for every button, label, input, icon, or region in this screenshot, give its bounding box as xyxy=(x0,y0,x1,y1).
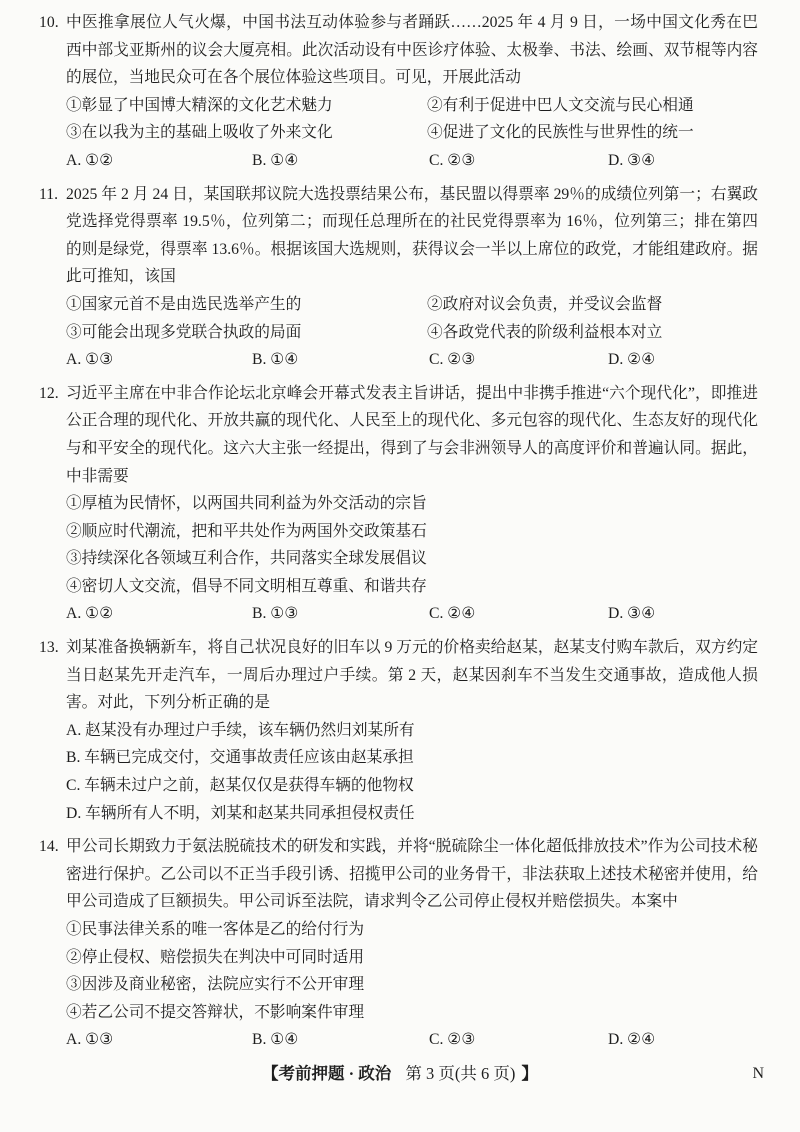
option-b: B. 车辆已完成交付，交通事故责任应该由赵某承担 xyxy=(66,744,758,772)
choice-a: A. ①③ xyxy=(66,346,252,374)
choice-a: A. ①③ xyxy=(66,1026,252,1054)
question-number: 11. xyxy=(39,181,58,209)
option-item-1: ①彰显了中国博大精深的文化艺术魅力 xyxy=(66,92,427,120)
option-item-1: ①厚植为民情怀，以两国共同利益为外交活动的宗旨 xyxy=(66,490,758,518)
corner-mark: N xyxy=(752,1063,764,1085)
option-item-2: ②停止侵权、赔偿损失在判决中可同时适用 xyxy=(66,944,758,972)
footer-page-number: 第 3 页(共 6 页) xyxy=(405,1064,515,1083)
choice-d: D. ③④ xyxy=(608,147,758,175)
choice-d: D. ②④ xyxy=(608,1026,758,1054)
option-item-3: ③持续深化各领域互利合作，共同落实全球发展倡议 xyxy=(66,545,758,573)
option-item-3: ③因涉及商业秘密，法院应实行不公开审理 xyxy=(66,971,758,999)
answer-choices: A. ①② B. ①③ C. ②④ D. ③④ xyxy=(66,600,758,628)
choice-a: A. ①② xyxy=(66,600,252,628)
question-13: 13. 刘某准备换辆新车，将自己状况良好的旧车以 9 万元的价格卖给赵某，赵某支… xyxy=(0,634,758,827)
option-items: ①彰显了中国博大精深的文化艺术魅力 ②有利于促进中巴人文交流与民心相通 ③在以我… xyxy=(66,92,758,147)
choice-c: C. ②③ xyxy=(429,346,608,374)
question-number: 12. xyxy=(39,380,59,408)
option-d: D. 车辆所有人不明，刘某和赵某共同承担侵权责任 xyxy=(66,800,758,828)
answer-choices: A. ①③ B. ①④ C. ②③ D. ②④ xyxy=(66,1026,758,1054)
choice-c: C. ②④ xyxy=(429,600,608,628)
footer-title: 【考前押题 · 政治 xyxy=(262,1064,391,1083)
question-14: 14. 甲公司长期致力于氨法脱硫技术的研发和实践，并将“脱硫除尘一体化超低排放技… xyxy=(0,833,758,1054)
question-11: 11. 2025 年 2 月 24 日，某国联邦议院大选投票结果公布，基民盟以得… xyxy=(0,181,758,374)
choice-a: A. ①② xyxy=(66,147,252,175)
option-item-1: ①国家元首不是由选民选举产生的 xyxy=(66,291,427,319)
option-item-2: ②政府对议会负责，并受议会监督 xyxy=(427,291,758,319)
footer-close-bracket: 】 xyxy=(522,1064,539,1083)
choice-b: B. ①④ xyxy=(252,346,429,374)
question-number: 14. xyxy=(39,833,59,861)
option-item-4: ④若乙公司不提交答辩状，不影响案件审理 xyxy=(66,999,758,1027)
option-item-3: ③可能会出现多党联合执政的局面 xyxy=(66,319,427,347)
choice-c: C. ②③ xyxy=(429,1026,608,1054)
question-number: 10. xyxy=(39,9,59,37)
question-number: 13. xyxy=(39,634,59,662)
choice-b: B. ①④ xyxy=(252,1026,429,1054)
question-stem: 中医推拿展位人气火爆，中国书法互动体验参与者踊跃……2025 年 4 月 9 日… xyxy=(66,9,758,92)
question-stem: 习近平主席在中非合作论坛北京峰会开幕式发表主旨讲话，提出中非携手推进“六个现代化… xyxy=(66,380,758,490)
question-12: 12. 习近平主席在中非合作论坛北京峰会开幕式发表主旨讲话，提出中非携手推进“六… xyxy=(0,380,758,628)
option-c: C. 车辆未过户之前，赵某仅仅是获得车辆的他物权 xyxy=(66,772,758,800)
option-item-4: ④促进了文化的民族性与世界性的统一 xyxy=(427,119,758,147)
page-footer: 【考前押题 · 政治 第 3 页(共 6 页) 】 xyxy=(0,1063,800,1085)
option-item-2: ②顺应时代潮流，把和平共处作为两国外交政策基石 xyxy=(66,518,758,546)
choice-c: C. ②③ xyxy=(429,147,608,175)
lettered-options: A. 赵某没有办理过户手续，该车辆仍然归刘某所有 B. 车辆已完成交付，交通事故… xyxy=(66,717,758,827)
choice-d: D. ③④ xyxy=(608,600,758,628)
question-stem: 2025 年 2 月 24 日，某国联邦议院大选投票结果公布，基民盟以得票率 2… xyxy=(66,181,758,291)
option-items: ①民事法律关系的唯一客体是乙的给付行为 ②停止侵权、赔偿损失在判决中可同时适用 … xyxy=(66,916,758,1026)
choice-d: D. ②④ xyxy=(608,346,758,374)
question-stem: 刘某准备换辆新车，将自己状况良好的旧车以 9 万元的价格卖给赵某，赵某支付购车款… xyxy=(66,634,758,717)
question-stem: 甲公司长期致力于氨法脱硫技术的研发和实践，并将“脱硫除尘一体化超低排放技术”作为… xyxy=(66,833,758,916)
choice-b: B. ①④ xyxy=(252,147,429,175)
exam-page-content: 10. 中医推拿展位人气火爆，中国书法互动体验参与者踊跃……2025 年 4 月… xyxy=(0,9,800,1060)
option-item-3: ③在以我为主的基础上吸收了外来文化 xyxy=(66,119,427,147)
option-item-1: ①民事法律关系的唯一客体是乙的给付行为 xyxy=(66,916,758,944)
option-item-4: ④各政党代表的阶级利益根本对立 xyxy=(427,319,758,347)
option-items: ①厚植为民情怀，以两国共同利益为外交活动的宗旨 ②顺应时代潮流，把和平共处作为两… xyxy=(66,490,758,600)
question-10: 10. 中医推拿展位人气火爆，中国书法互动体验参与者踊跃……2025 年 4 月… xyxy=(0,9,758,175)
option-items: ①国家元首不是由选民选举产生的 ②政府对议会负责，并受议会监督 ③可能会出现多党… xyxy=(66,291,758,346)
option-item-4: ④密切人文交流，倡导不同文明相互尊重、和谐共存 xyxy=(66,573,758,601)
option-a: A. 赵某没有办理过户手续，该车辆仍然归刘某所有 xyxy=(66,717,758,745)
answer-choices: A. ①③ B. ①④ C. ②③ D. ②④ xyxy=(66,346,758,374)
answer-choices: A. ①② B. ①④ C. ②③ D. ③④ xyxy=(66,147,758,175)
choice-b: B. ①③ xyxy=(252,600,429,628)
option-item-2: ②有利于促进中巴人文交流与民心相通 xyxy=(427,92,758,120)
